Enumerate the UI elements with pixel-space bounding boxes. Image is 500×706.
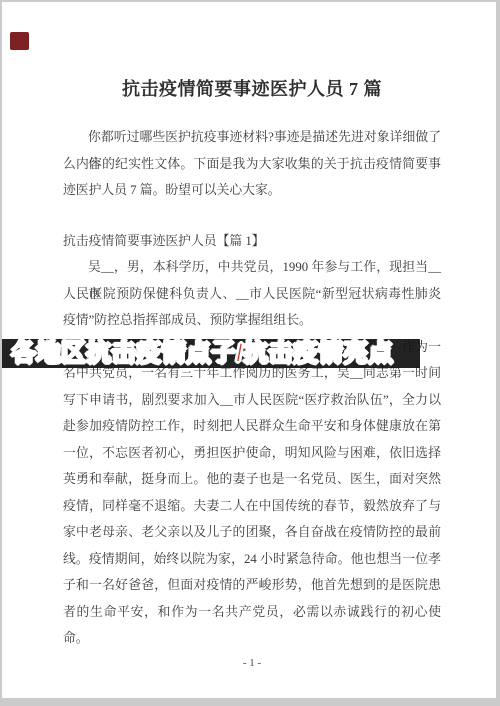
body-paragraph-1: 吴__，男，本科学历，中共党员，1990 年参与工作，现担当__市人民医院预防保… [63,254,441,334]
text-line: 命。 [63,625,441,652]
text-line: 一位，不忘医者初心，勇担医护使命，明知风险与困难，依旧选择 [63,440,441,467]
text-line: 赴参加疫情防控工作，时刻把人民群众生命平安和身体健康放在第 [63,413,441,440]
section-heading: 抗击疫情简要事迹医护人员【篇 1】 [63,228,441,255]
text-line: 吴__，男，本科学历，中共党员，1990 年参与工作，现担当__市 [63,254,441,281]
overlay-banner-text: 各地区抗击疫情点子/抗击疫情亮点 [11,339,393,368]
overlay-title-banner: 各地区抗击疫情点子/抗击疫情亮点 [2,339,420,368]
text-line: 人民医院预防保健科负责人、__市人民医院“新型冠状病毒性肺炎 [63,281,441,308]
text-line: 疫情”防控总指挥部成员、预防掌握组组长。 [63,307,441,334]
intro-paragraph: 你都听过哪些医护抗疫事迹材料?事迹是描述先进对象详细做了什么内容的纪实性文体。下… [63,124,441,204]
text-line: 子和一名好爸爸，但面对疫情的严峻形势，他首先想到的是医院患 [63,572,441,599]
page-number: - 1 - [63,656,441,670]
page-title: 抗击疫情简要事迹医护人员 7 篇 [63,76,441,102]
text-line: 英勇和奉献，挺身而上。他的妻子也是一名党员、医生，面对突然 [63,466,441,493]
site-logo-badge [10,32,29,50]
text-line: 你都听过哪些医护抗疫事迹材料?事迹是描述先进对象详细做了什 [63,124,441,151]
text-line: 写下申请书，剧烈要求加入__市人民医院“医疗救治队伍”，全力以 [63,387,441,414]
text-line: 者的生命平安，和作为一名共产党员，必需以赤诚践行的初心使 [63,599,441,626]
text-line: 么内容的纪实性文体。下面是我为大家收集的关于抗击疫情简要事 [63,151,441,178]
text-line: 迹医护人员 7 篇。盼望可以关心大家。 [63,177,441,204]
page-content: 抗击疫情简要事迹医护人员 7 篇 你都听过哪些医护抗疫事迹材料?事迹是描述先进对… [63,2,441,670]
body-paragraph-2: 今年有共__，面对突如其来的新型冠状病毒感染疫情，作为一名中共党员，一名有三十年… [63,334,441,652]
text-line: 疫情，同样毫不退缩。夫妻二人在中国传统的春节，毅然放弃了与 [63,493,441,520]
document-page: 抗击疫情简要事迹医护人员 7 篇 你都听过哪些医护抗疫事迹材料?事迹是描述先进对… [2,2,496,698]
text-line: 线。疫情期间，始终以院为家，24 小时紧急待命。他也想当一位孝 [63,546,441,573]
text-line: 家中老母亲、老父亲以及儿子的团聚，各自奋战在疫情防控的最前 [63,519,441,546]
